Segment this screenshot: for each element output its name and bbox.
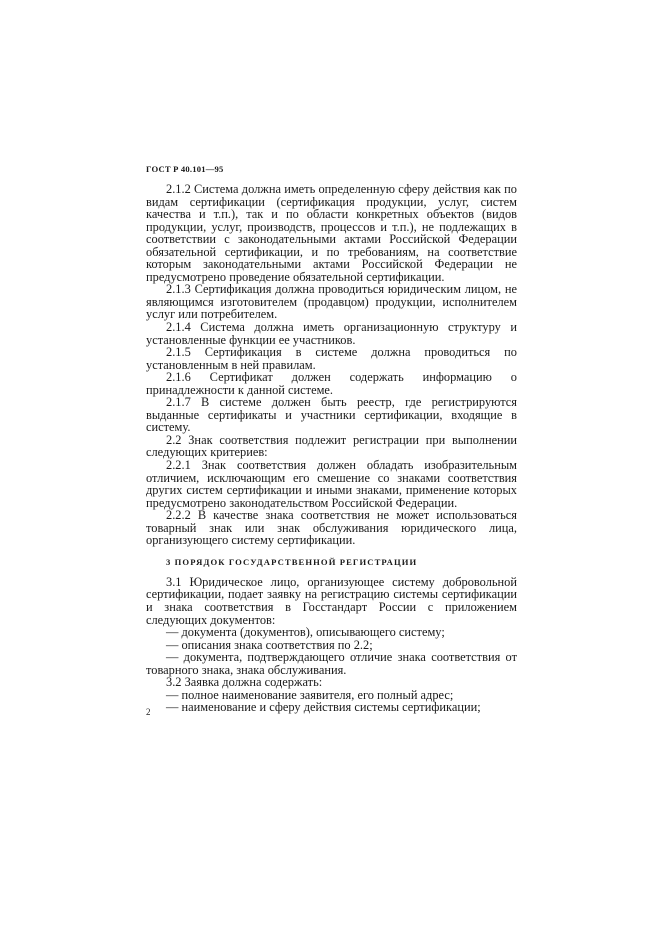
list-item-3-1-c: — документа, подтверждающего отличие зна… xyxy=(146,651,517,676)
page-number: 2 xyxy=(146,707,151,717)
list-item-3-1-a: — документа (документов), описывающего с… xyxy=(146,626,517,639)
paragraph-2-1-5: 2.1.5 Сертификация в системе должна пров… xyxy=(146,346,517,371)
paragraph-2-2-2: 2.2.2 В качестве знака соответствия не м… xyxy=(146,509,517,547)
paragraph-3-2: 3.2 Заявка должна содержать: xyxy=(146,676,517,689)
paragraph-2-2: 2.2 Знак соответствия подлежит регистрац… xyxy=(146,434,517,459)
paragraph-2-1-4: 2.1.4 Система должна иметь организационн… xyxy=(146,321,517,346)
paragraph-2-2-1: 2.2.1 Знак соответствия должен обладать … xyxy=(146,459,517,509)
paragraph-2-1-3: 2.1.3 Сертификация должна проводиться юр… xyxy=(146,283,517,321)
document-header-id: ГОСТ Р 40.101—95 xyxy=(146,163,517,175)
list-item-3-2-b: — наименование и сферу действия системы … xyxy=(146,701,517,714)
paragraph-2-1-6: 2.1.6 Сертификат должен содержать информ… xyxy=(146,371,517,396)
document-page: ГОСТ Р 40.101—95 2.1.2 Система должна им… xyxy=(146,163,517,714)
paragraph-2-1-2: 2.1.2 Система должна иметь определенную … xyxy=(146,183,517,283)
section-3-title: 3 ПОРЯДОК ГОСУДАРСТВЕННОЙ РЕГИСТРАЦИИ xyxy=(166,556,517,568)
paragraph-3-1: 3.1 Юридическое лицо, организующее систе… xyxy=(146,576,517,626)
paragraph-2-1-7: 2.1.7 В системе должен быть реестр, где … xyxy=(146,396,517,434)
